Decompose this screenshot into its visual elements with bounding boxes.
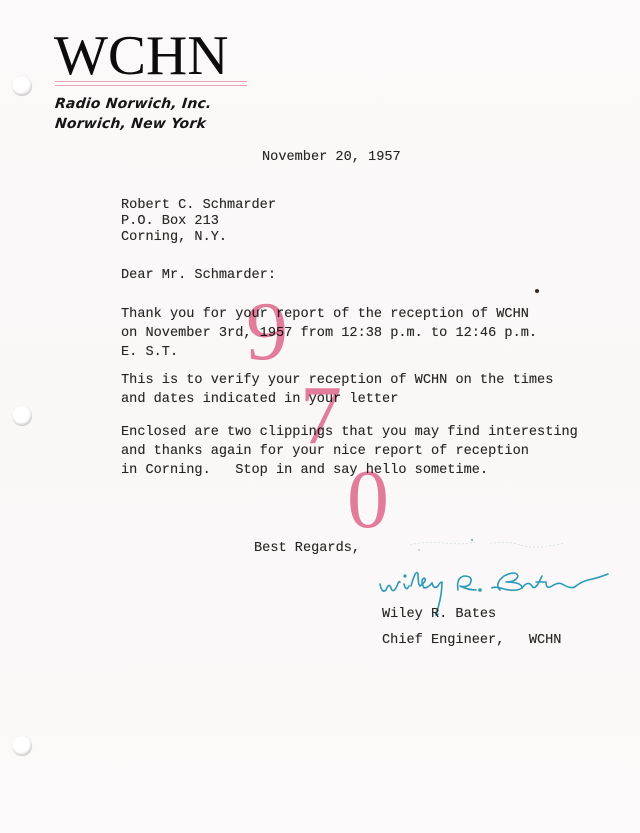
paragraph-2-line-2: and dates indicated in your letter	[121, 390, 398, 409]
frequency-digit-7: 7	[300, 374, 342, 458]
logo-rule-top	[55, 81, 247, 82]
letter-date: November 20, 1957	[262, 148, 401, 167]
hole-punch-bottom	[12, 736, 32, 756]
paragraph-3-line-3: in Corning. Stop in and say hello someti…	[121, 461, 488, 480]
letter-page: WCHN Radio Norwich, Inc. Norwich, New Yo…	[0, 0, 640, 833]
paragraph-1-line-2: on November 3rd, 1957 from 12:38 p.m. to…	[121, 324, 537, 343]
company-name: Radio Norwich, Inc.	[54, 96, 212, 112]
paragraph-3-line-1: Enclosed are two clippings that you may …	[121, 423, 578, 442]
company-location: Norwich, New York	[54, 116, 207, 132]
frequency-digit-9: 9	[246, 290, 288, 374]
faint-ink-marks	[405, 535, 575, 555]
frequency-digit-0: 0	[347, 458, 389, 542]
salutation: Dear Mr. Schmarder:	[121, 266, 276, 285]
hole-punch-middle	[12, 406, 32, 426]
paragraph-1-line-1: Thank you for your report of the recepti…	[121, 305, 529, 324]
paragraph-1-line-3: E. S.T.	[121, 343, 178, 362]
signer-title: Chief Engineer, WCHN	[382, 631, 561, 650]
hole-punch-top	[12, 76, 32, 96]
closing: Best Regards,	[254, 539, 360, 558]
recipient-address-line2: Corning, N.Y.	[121, 228, 227, 247]
signer-name: Wiley R. Bates	[382, 605, 496, 624]
ink-speck	[535, 289, 539, 293]
station-logo: WCHN	[54, 28, 229, 84]
logo-rule-bottom	[55, 85, 247, 86]
